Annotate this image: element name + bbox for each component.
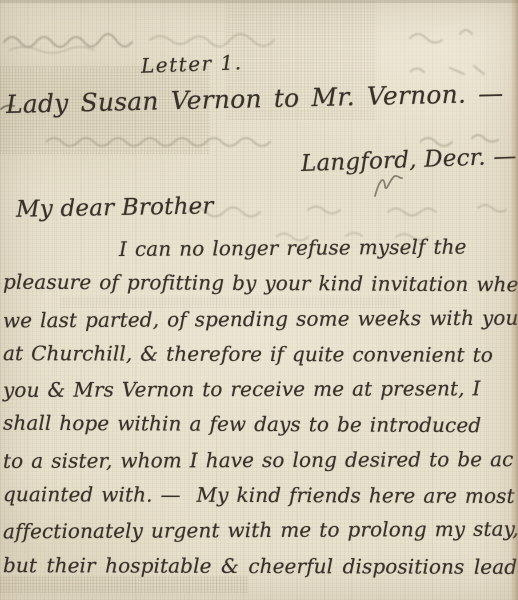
letter-body-line: we last parted, of spending some weeks w… — [3, 300, 517, 338]
manuscript-page: Letter 1. Lady Susan Vernon to Mr. Verno… — [0, 0, 518, 600]
letter-body-line: but their hospitable & cheerful disposit… — [3, 548, 517, 585]
letter-body-line: to a sister, whom I have so long desired… — [3, 442, 517, 479]
letter-salutation: My dear Brother — [16, 193, 214, 222]
letter-number: Letter 1. — [141, 50, 243, 78]
letter-body-line: you & Mrs Vernon to receive me at presen… — [3, 371, 517, 408]
page-edge-shadow — [510, 0, 518, 600]
ink-bleedthrough-scribble — [0, 22, 518, 56]
letter-body: I can no longer refuse myself the pleasu… — [3, 231, 517, 584]
page-top-shadow — [0, 0, 518, 3]
ink-bleedthrough-scribble — [410, 62, 490, 80]
ink-bleedthrough-scribble — [188, 198, 518, 224]
letter-body-line: pleasure of profitting by your kind invi… — [3, 265, 517, 303]
letter-heading: Lady Susan Vernon to Mr. Vernon. — — [6, 79, 504, 119]
letter-body-line: shall hope within a few days to be intro… — [3, 406, 517, 444]
letter-body-line: I can no longer refuse myself the — [3, 229, 517, 268]
stray-ink-flourish — [372, 174, 406, 200]
letter-body-line: affectionately urgent with me to prolong… — [3, 512, 517, 550]
letter-body-line: quainted with. — My kind friends here ar… — [3, 477, 517, 514]
letter-body-line: at Churchill, & therefore if quite conve… — [3, 336, 517, 373]
